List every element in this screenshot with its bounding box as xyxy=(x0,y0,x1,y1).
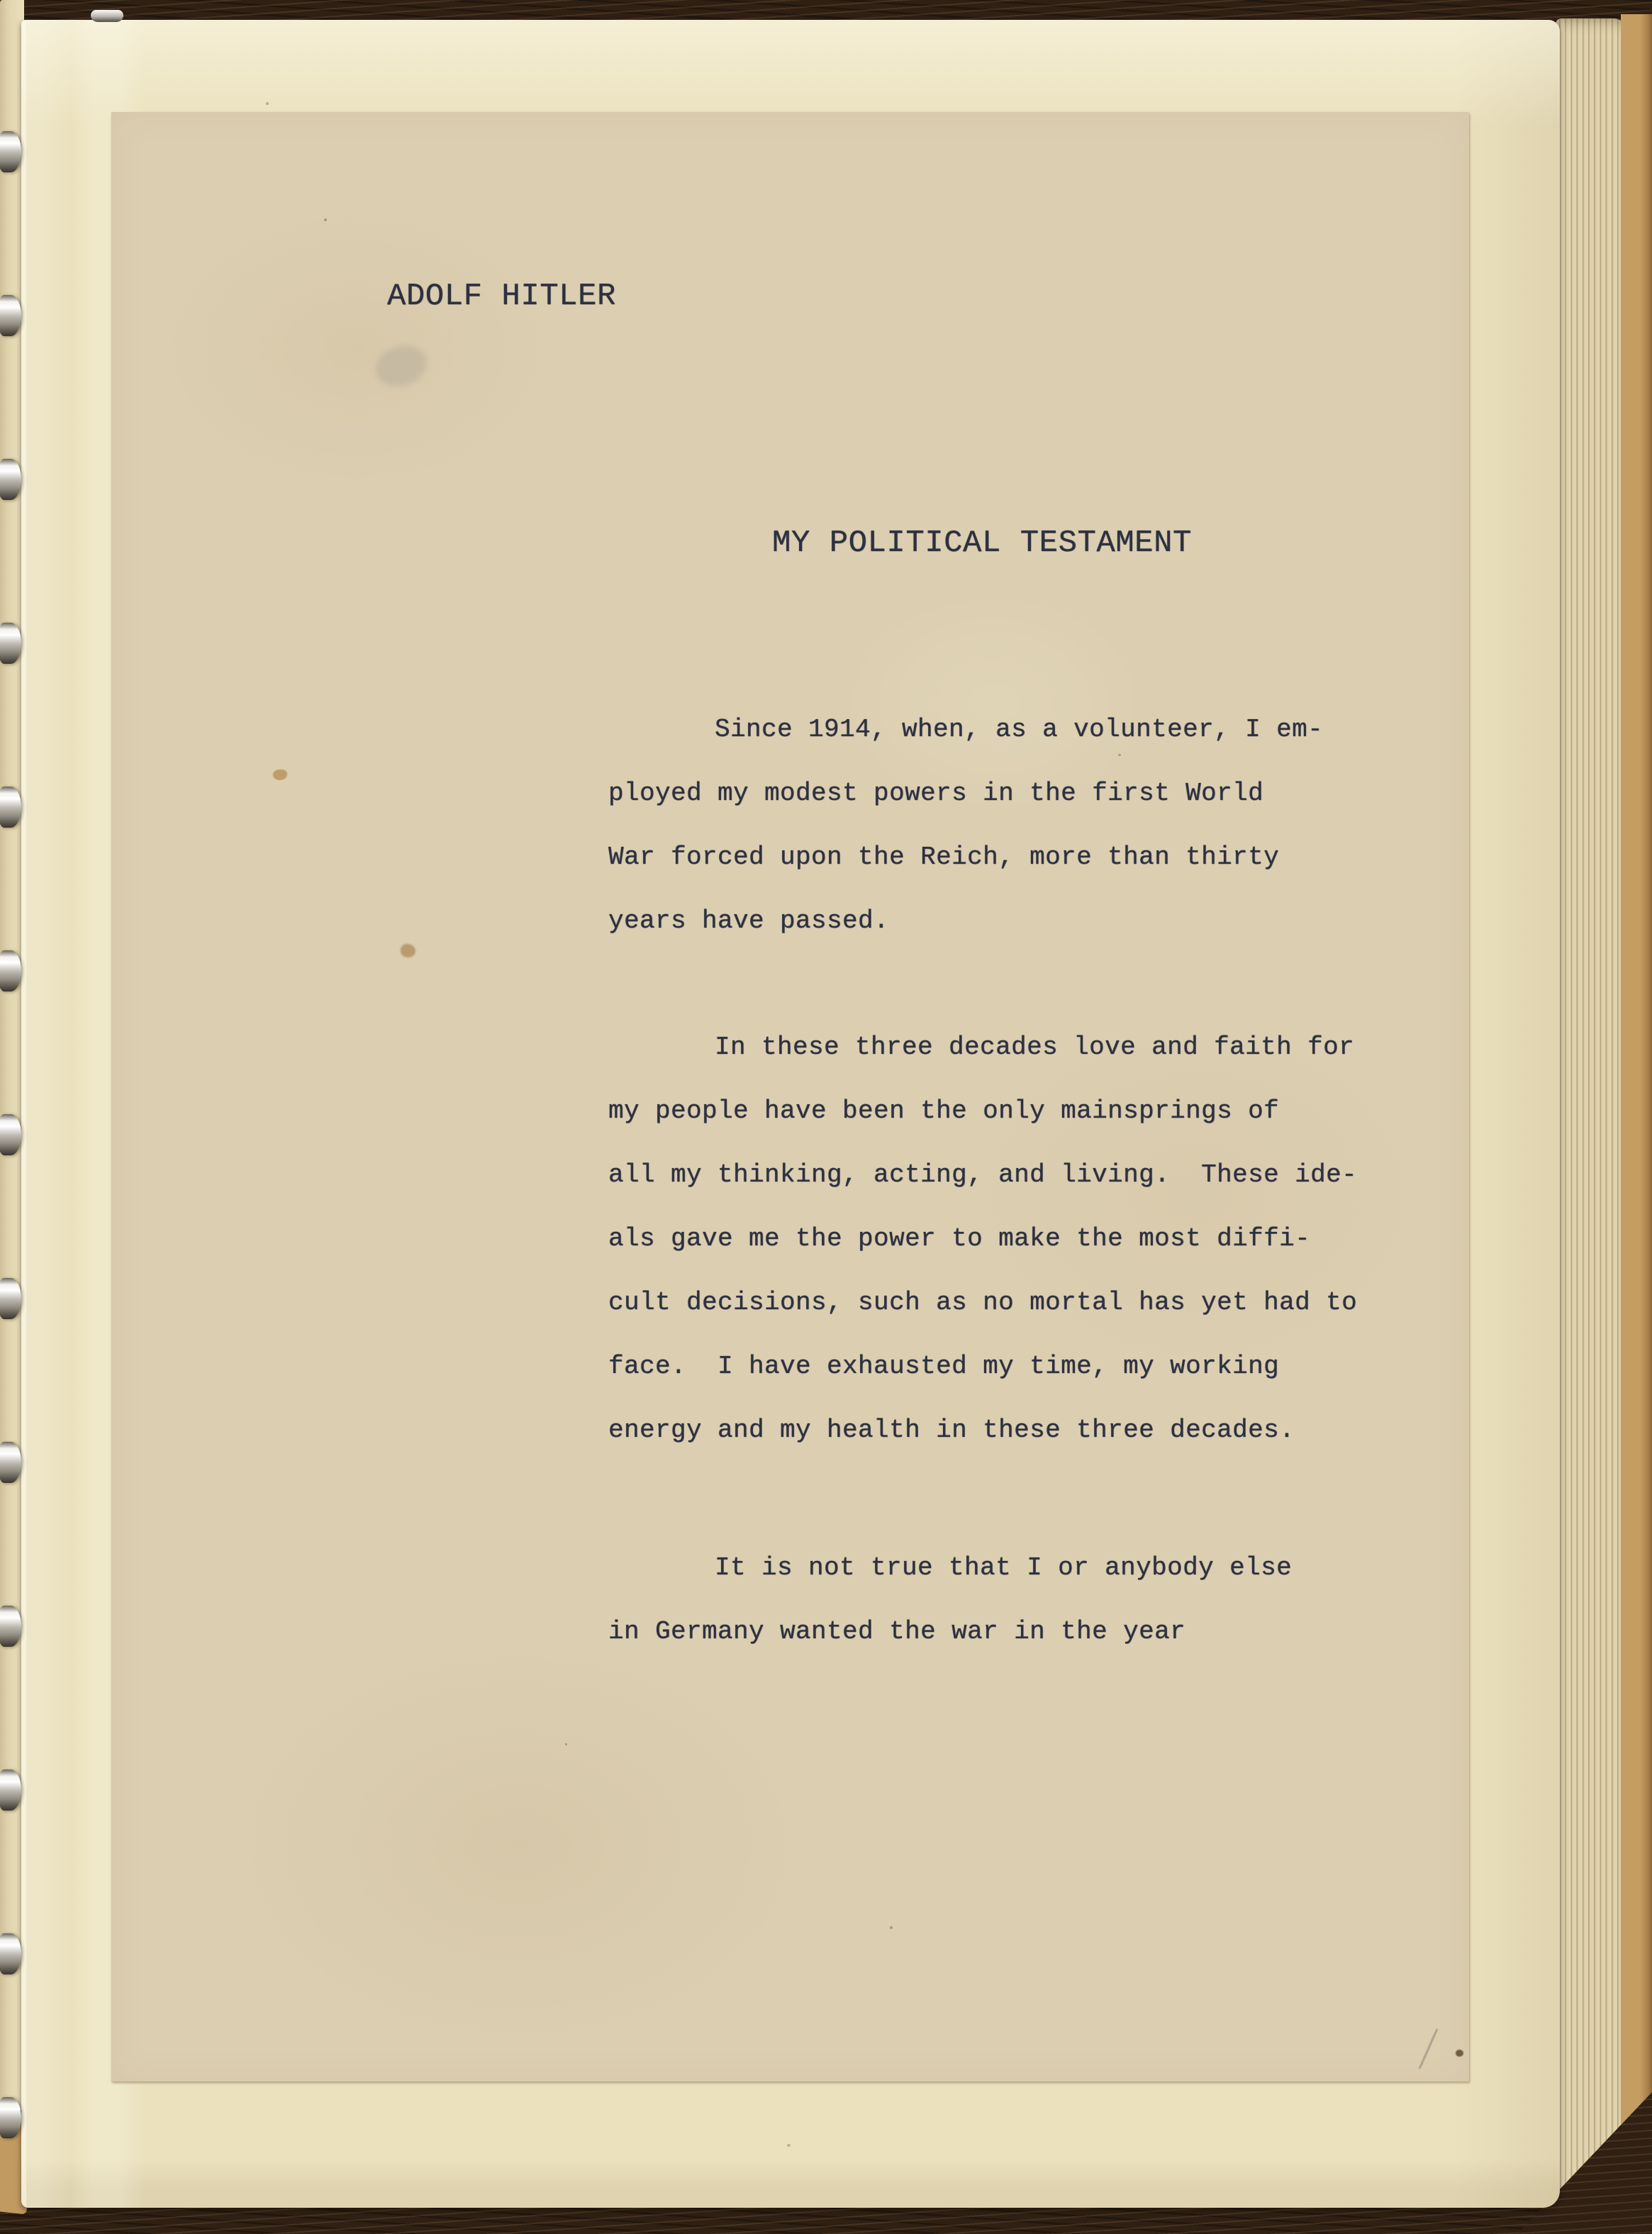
paper-speck xyxy=(324,218,327,221)
document-title: MY POLITICAL TESTAMENT xyxy=(772,522,1192,565)
paragraph: It is not true that I or anybody else in… xyxy=(608,1536,1445,1664)
paper-speck xyxy=(266,102,269,105)
typed-sheet: ADOLF HITLER MY POLITICAL TESTAMENT Sinc… xyxy=(111,112,1469,2082)
binding-ring xyxy=(0,459,21,500)
page-stack-edge xyxy=(1556,18,1626,2201)
ink-smudge xyxy=(370,339,432,393)
binding-ring xyxy=(0,950,21,991)
binding-ring xyxy=(0,1769,21,1811)
paper-speck xyxy=(1118,754,1121,756)
typed-line: In these three decades love and faith fo… xyxy=(608,1016,1445,1079)
binding-ring xyxy=(0,1278,21,1319)
pencil-mark xyxy=(1419,2028,1439,2069)
binding-ring-top xyxy=(91,10,123,22)
foxing-stain xyxy=(273,769,287,780)
binding-ring xyxy=(0,1114,21,1155)
typed-line: War forced upon the Reich, more than thi… xyxy=(608,826,1445,889)
typed-line: ployed my modest powers in the first Wor… xyxy=(608,762,1445,826)
typed-line: energy and my health in these three deca… xyxy=(608,1399,1445,1462)
album-page: ADOLF HITLER MY POLITICAL TESTAMENT Sinc… xyxy=(21,20,1560,2208)
binding-ring xyxy=(0,787,21,828)
typed-line: als gave me the power to make the most d… xyxy=(608,1207,1445,1271)
typed-line: my people have been the only mainsprings… xyxy=(608,1079,1445,1143)
binding-ring xyxy=(0,2097,21,2138)
typed-line: years have passed. xyxy=(608,889,1445,953)
binding-ring xyxy=(0,295,21,336)
typed-line: in Germany wanted the war in the year xyxy=(608,1600,1445,1664)
dark-spot xyxy=(1456,2050,1463,2057)
binding-ring xyxy=(0,1606,21,1647)
typed-line: Since 1914, when, as a volunteer, I em- xyxy=(608,698,1445,762)
author-line: ADOLF HITLER xyxy=(387,275,616,318)
typed-line: It is not true that I or anybody else xyxy=(608,1536,1445,1600)
paper-speck xyxy=(787,2144,791,2147)
paragraph: Since 1914, when, as a volunteer, I em- … xyxy=(608,698,1445,953)
paper-speck xyxy=(565,1743,567,1745)
typed-line: all my thinking, acting, and living. The… xyxy=(608,1143,1445,1207)
foxing-stain xyxy=(401,944,415,957)
cover-board xyxy=(1621,14,1652,2149)
binding-ring xyxy=(0,623,21,664)
paper-speck xyxy=(890,1926,893,1929)
paragraph: In these three decades love and faith fo… xyxy=(608,1016,1445,1462)
binding-ring xyxy=(0,1933,21,1974)
binding-ring xyxy=(0,1442,21,1483)
binding-ring xyxy=(0,131,21,172)
typed-line: cult decisions, such as no mortal has ye… xyxy=(608,1271,1445,1335)
typed-line: face. I have exhausted my time, my worki… xyxy=(608,1335,1445,1399)
